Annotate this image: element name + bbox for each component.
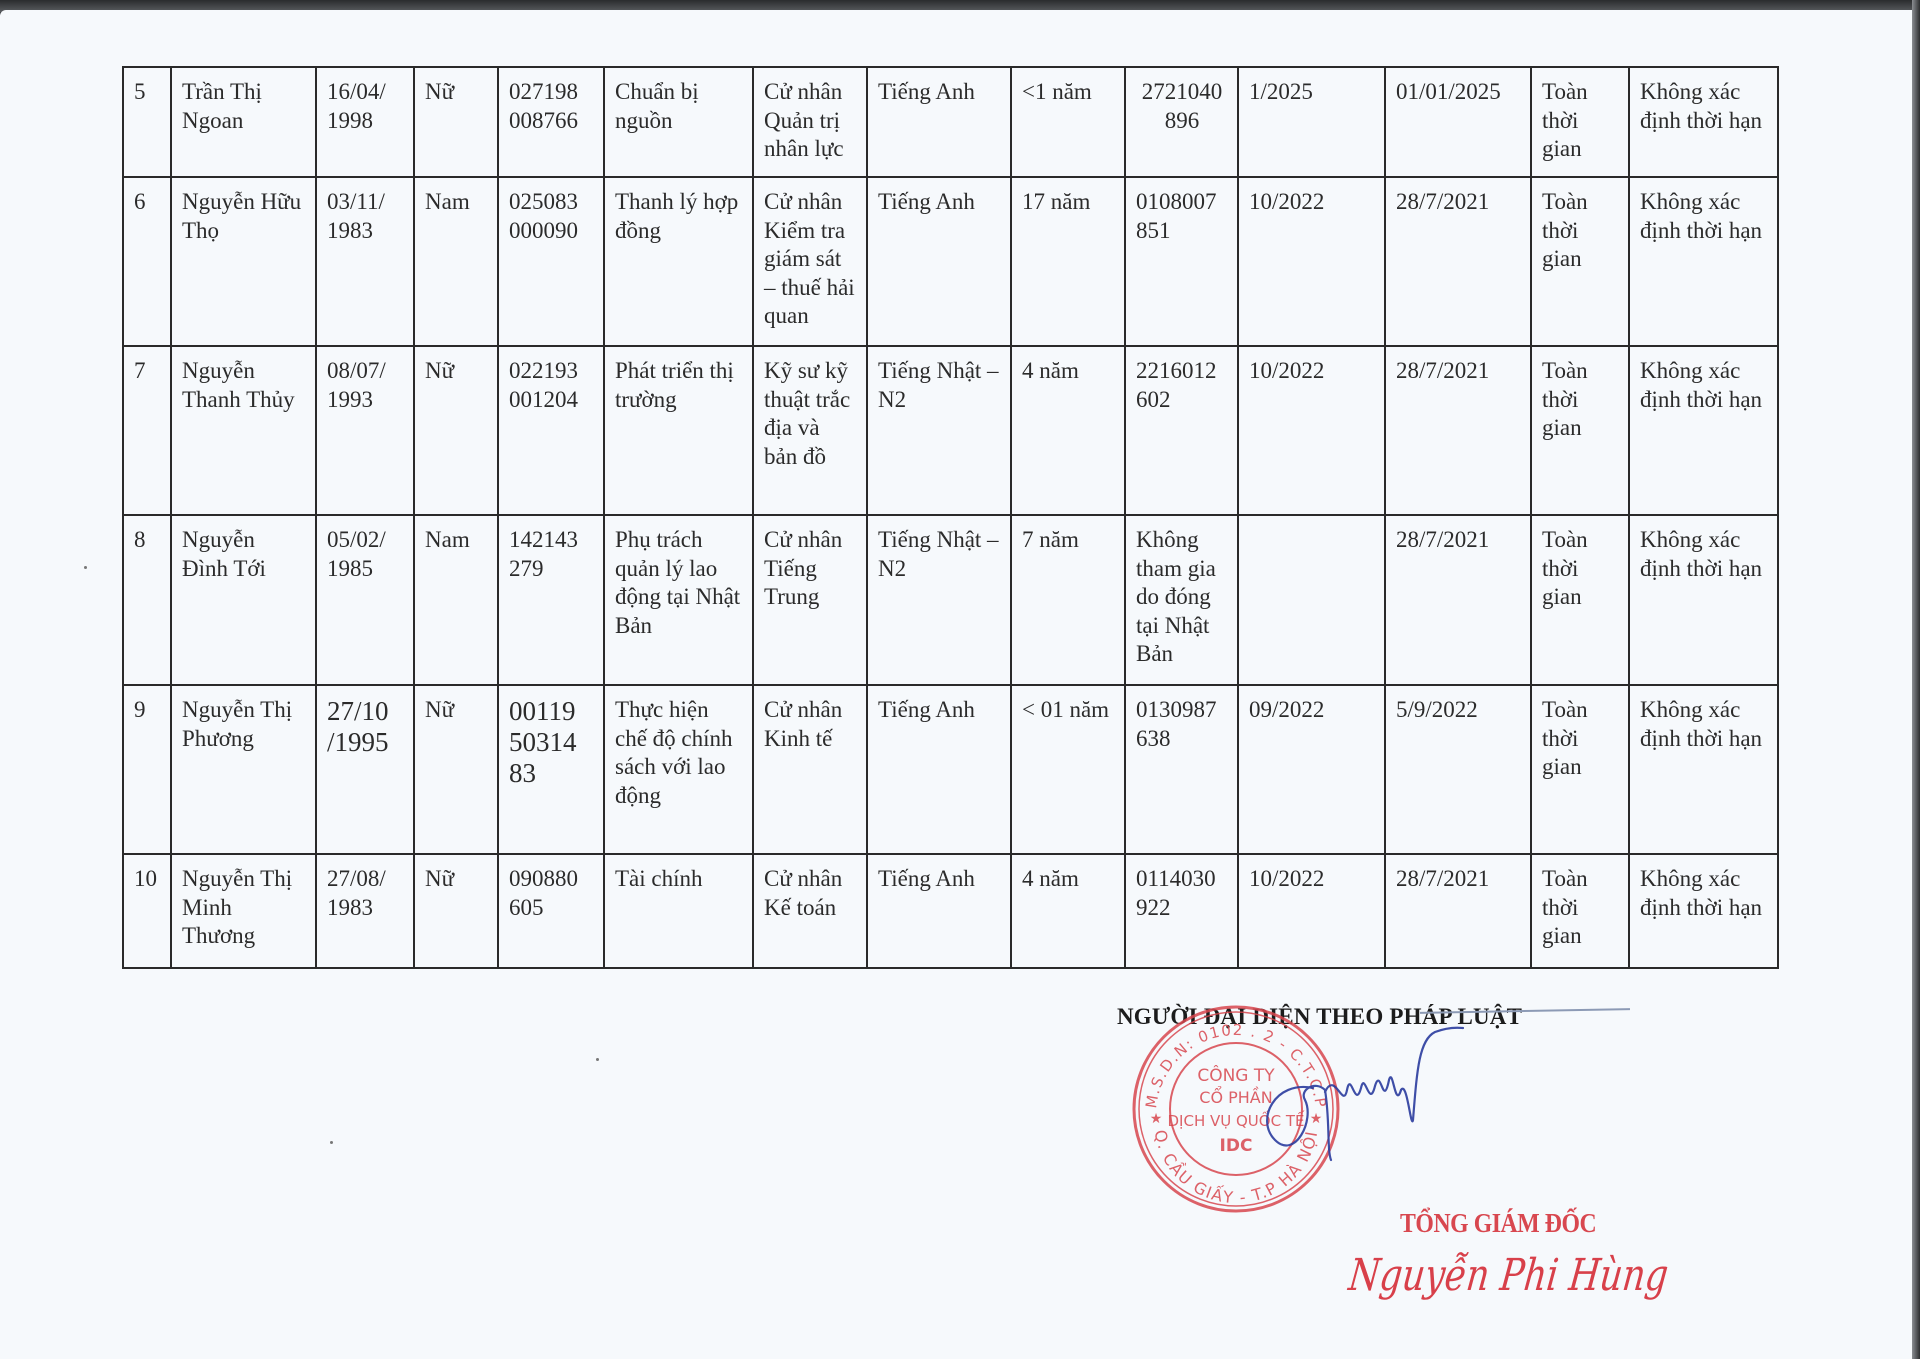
cell-gender: Nữ [414, 685, 498, 854]
cell-stt: 6 [123, 177, 171, 346]
cell-work-type: Toàn thời gian [1531, 67, 1629, 177]
cell-start-date: 5/9/2022 [1385, 685, 1531, 854]
cell-name: Nguyễn Thị Phương [171, 685, 316, 854]
cell-id-number: 025083 000090 [498, 177, 604, 346]
cell-insurance-no: 0114030 922 [1125, 854, 1238, 968]
cell-degree: Cử nhân Kinh tế [753, 685, 867, 854]
cell-start-date: 01/01/2025 [1385, 67, 1531, 177]
cell-language: Tiếng Nhật – N2 [867, 346, 1011, 515]
signer-name: Nguyễn Phi Hùng [1346, 1250, 1671, 1301]
cell-contract-type: Không xác định thời hạn [1629, 854, 1778, 968]
cell-language: Tiếng Anh [867, 67, 1011, 177]
cell-contract-type: Không xác định thời hạn [1629, 685, 1778, 854]
cell-job: Phụ trách quản lý lao động tại Nhật Bản [604, 515, 753, 685]
cell-stt: 5 [123, 67, 171, 177]
cell-stt: 8 [123, 515, 171, 685]
cell-stt: 9 [123, 685, 171, 854]
cell-work-type: Toàn thời gian [1531, 685, 1629, 854]
cell-gender: Nam [414, 177, 498, 346]
cell-work-type: Toàn thời gian [1531, 515, 1629, 685]
cell-degree: Cử nhân Kiểm tra giám sát – thuế hải qua… [753, 177, 867, 346]
table-row: 8Nguyễn Đình Tới05/02/ 1985Nam142143 279… [123, 515, 1778, 685]
cell-job: Thanh lý hợp đồng [604, 177, 753, 346]
cell-experience: < 01 năm [1011, 685, 1125, 854]
cell-insurance-no: Không tham gia do đóng tại Nhật Bản [1125, 515, 1238, 685]
cell-name: Nguyễn Hữu Thọ [171, 177, 316, 346]
cell-name: Nguyễn Đình Tới [171, 515, 316, 685]
scan-speck [84, 566, 87, 569]
cell-gender: Nữ [414, 854, 498, 968]
cell-insurance-start: 10/2022 [1238, 177, 1385, 346]
cell-gender: Nam [414, 515, 498, 685]
cell-language: Tiếng Anh [867, 685, 1011, 854]
cell-insurance-start: 10/2022 [1238, 854, 1385, 968]
cell-dob: 05/02/ 1985 [316, 515, 414, 685]
cell-experience: <1 năm [1011, 67, 1125, 177]
cell-job: Phát triển thị trường [604, 346, 753, 515]
cell-name: Trần Thị Ngoan [171, 67, 316, 177]
cell-language: Tiếng Anh [867, 854, 1011, 968]
cell-language: Tiếng Anh [867, 177, 1011, 346]
cell-degree: Cử nhân Tiếng Trung [753, 515, 867, 685]
cell-dob: 16/04/ 1998 [316, 67, 414, 177]
cell-id-number: 090880 605 [498, 854, 604, 968]
cell-work-type: Toàn thời gian [1531, 177, 1629, 346]
cell-contract-type: Không xác định thời hạn [1629, 67, 1778, 177]
cell-dob: 27/08/ 1983 [316, 854, 414, 968]
cell-job: Chuẩn bị nguồn [604, 67, 753, 177]
cell-name: Nguyễn Thanh Thủy [171, 346, 316, 515]
cell-name: Nguyễn Thị Minh Thương [171, 854, 316, 968]
cell-gender: Nữ [414, 67, 498, 177]
cell-id-number: 142143 279 [498, 515, 604, 685]
cell-language: Tiếng Nhật – N2 [867, 515, 1011, 685]
scan-speck [596, 1058, 599, 1061]
cell-job: Thực hiện chế độ chính sách với lao động [604, 685, 753, 854]
cell-start-date: 28/7/2021 [1385, 854, 1531, 968]
table-row: 6Nguyễn Hữu Thọ03/11/ 1983Nam025083 0000… [123, 177, 1778, 346]
scan-speck [330, 1141, 333, 1144]
cell-dob: 27/10 /1995 [316, 685, 414, 854]
cell-insurance-start: 10/2022 [1238, 346, 1385, 515]
cell-gender: Nữ [414, 346, 498, 515]
cell-insurance-no: 0130987 638 [1125, 685, 1238, 854]
cell-id-number: 00119 50314 83 [498, 685, 604, 854]
cell-start-date: 28/7/2021 [1385, 515, 1531, 685]
cell-start-date: 28/7/2021 [1385, 177, 1531, 346]
cell-degree: Cử nhân Kế toán [753, 854, 867, 968]
cell-contract-type: Không xác định thời hạn [1629, 177, 1778, 346]
cell-experience: 4 năm [1011, 854, 1125, 968]
cell-id-number: 027198 008766 [498, 67, 604, 177]
cell-work-type: Toàn thời gian [1531, 346, 1629, 515]
cell-degree: Cử nhân Quản trị nhân lực [753, 67, 867, 177]
cell-contract-type: Không xác định thời hạn [1629, 515, 1778, 685]
cell-dob: 03/11/ 1983 [316, 177, 414, 346]
cell-stt: 7 [123, 346, 171, 515]
handwritten-signature [1235, 1010, 1465, 1170]
table-row: 5Trần Thị Ngoan16/04/ 1998Nữ027198 00876… [123, 67, 1778, 177]
cell-insurance-start [1238, 515, 1385, 685]
star-icon: ★ [1150, 1111, 1163, 1127]
table-row: 7Nguyễn Thanh Thủy08/07/ 1993Nữ022193 00… [123, 346, 1778, 515]
cell-contract-type: Không xác định thời hạn [1629, 346, 1778, 515]
cell-experience: 4 năm [1011, 346, 1125, 515]
cell-insurance-start: 1/2025 [1238, 67, 1385, 177]
cell-insurance-no: 0108007 851 [1125, 177, 1238, 346]
signer-role: TỔNG GIÁM ĐỐC [1400, 1208, 1596, 1239]
cell-experience: 17 năm [1011, 177, 1125, 346]
cell-insurance-no: 2721040 896 [1125, 67, 1238, 177]
table-row: 9Nguyễn Thị Phương27/10 /1995Nữ00119 503… [123, 685, 1778, 854]
cell-stt: 10 [123, 854, 171, 968]
cell-start-date: 28/7/2021 [1385, 346, 1531, 515]
cell-insurance-no: 2216012 602 [1125, 346, 1238, 515]
cell-degree: Kỹ sư kỹ thuật trắc địa và bản đồ [753, 346, 867, 515]
cell-id-number: 022193 001204 [498, 346, 604, 515]
cell-job: Tài chính [604, 854, 753, 968]
cell-work-type: Toàn thời gian [1531, 854, 1629, 968]
scan-right-edge [1912, 0, 1920, 1359]
staff-table: 5Trần Thị Ngoan16/04/ 1998Nữ027198 00876… [122, 66, 1779, 969]
table-row: 10Nguyễn Thị Minh Thương27/08/ 1983Nữ090… [123, 854, 1778, 968]
cell-insurance-start: 09/2022 [1238, 685, 1385, 854]
cell-dob: 08/07/ 1993 [316, 346, 414, 515]
cell-experience: 7 năm [1011, 515, 1125, 685]
